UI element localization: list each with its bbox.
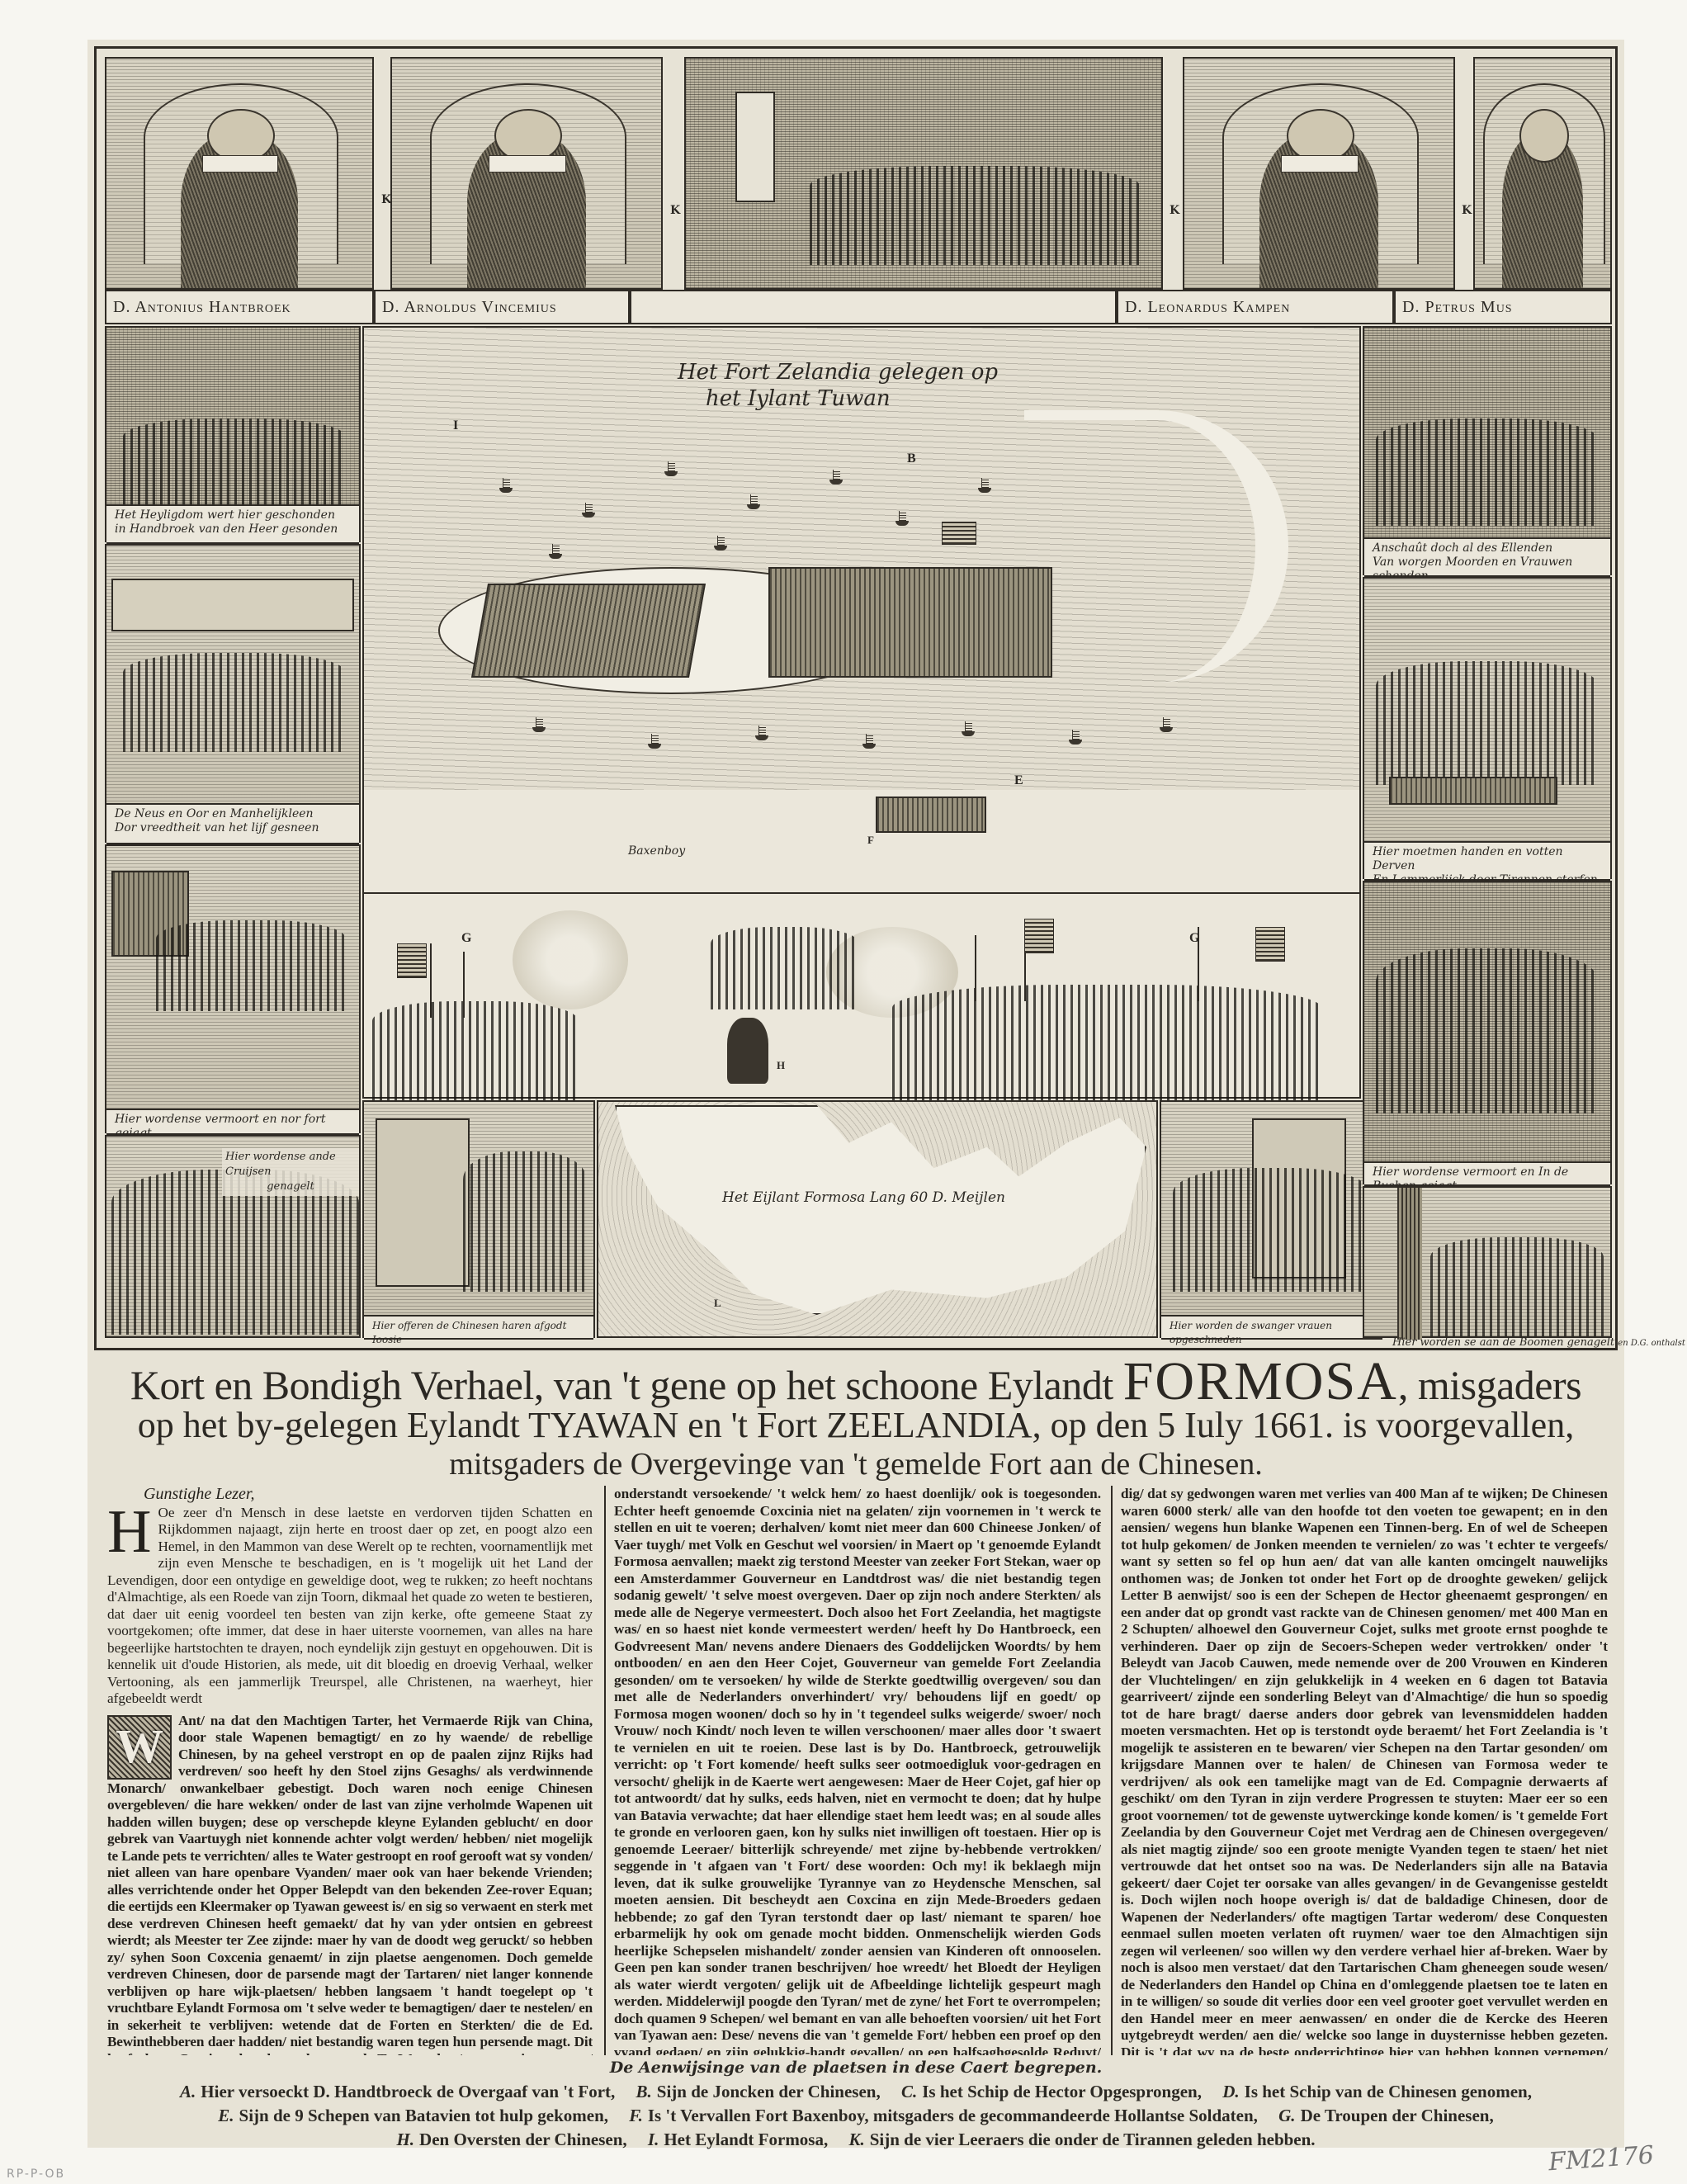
left-panel-3-caption: Hier wordense vermoort en nor fort geiag… — [106, 1109, 359, 1135]
ship — [496, 476, 514, 493]
ship — [826, 468, 844, 485]
right-panel-1-caption: Anschaût doch al des Ellenden Van worgen… — [1364, 537, 1610, 577]
battle-ground — [364, 790, 1359, 894]
ship — [892, 509, 910, 526]
namebar-blank — [630, 290, 1117, 324]
print-sheet: K K K K D. Antonius Hantbroek D. Arnoldu… — [87, 40, 1624, 2148]
house-panel: Hier worden de swanger vrauen opgeschned… — [1160, 1100, 1384, 1338]
legend-item-i: I.Het Eylandt Formosa, — [648, 2130, 828, 2149]
fort-flag — [942, 522, 976, 545]
left-panel-2-caption: De Neus en Oor en Manhelijkleen Dor vree… — [106, 803, 359, 844]
doorway — [735, 92, 775, 202]
formosa-island-map: Het Eijlant Formosa Lang 60 D. Meijlen L — [597, 1100, 1158, 1338]
portrait-panel-2 — [390, 57, 663, 290]
legend-item-h: H.Den Oversten der Chinesen, — [396, 2130, 626, 2149]
town-blocks — [471, 584, 706, 678]
left-panel-1: Het Heyligdom wert hier geschonden in Ha… — [105, 326, 361, 542]
greeting: Gunstighe Lezer, — [107, 1486, 593, 1503]
left-panel-1-caption: Het Heyligdom wert hier geschonden in Ha… — [106, 504, 359, 544]
ship — [661, 460, 679, 476]
chinese-troops-left — [372, 1001, 579, 1100]
letter-b: B — [907, 451, 916, 466]
text-column-2: onderstandt versoekende/ 't welck hem/ z… — [614, 1486, 1101, 2055]
portrait-name-1: D. Antonius Hantbroek — [105, 290, 374, 324]
left-panel-4: Hier wordense ande Cruijsen genagelt — [105, 1135, 361, 1338]
headline-formosa: FORMOSA — [1123, 1351, 1398, 1411]
main-paragraph: WAnt/ na dat den Machtigen Tarter, het V… — [107, 1709, 593, 2056]
dutch-soldiers — [711, 927, 859, 1009]
engraved-plate: K K K K D. Antonius Hantbroek D. Arnoldu… — [94, 46, 1618, 1350]
left-panel-4-text: Hier wordense ande Cruijsen genagelt — [222, 1148, 359, 1196]
ship — [859, 732, 877, 749]
portrait-name-3: D. Leonardus Kampen — [1117, 290, 1394, 324]
minister-head — [1519, 109, 1569, 163]
sandbar-curve — [1024, 410, 1288, 683]
flag — [397, 943, 427, 978]
ornamental-initial-w: W — [107, 1715, 172, 1780]
commander-on-horse — [727, 1018, 768, 1084]
right-panel-2: Hier moetmen handen en votten Derven En … — [1363, 577, 1612, 879]
right-panel-1: Anschaût doch al des Ellenden Van worgen… — [1363, 326, 1612, 575]
house-caption: Hier worden de swanger vrauen opgeschned… — [1161, 1315, 1382, 1340]
legend-item-c: C.Is het Schip de Hector Opgesprongen, — [901, 2082, 1202, 2101]
legend-item-k: K.Sijn de vier Leeraers die onder de Tir… — [848, 2130, 1315, 2149]
island-map-title: Het Eijlant Formosa Lang 60 D. Meijlen — [722, 1189, 1005, 1206]
letter-g: G — [1189, 931, 1199, 946]
houses — [111, 579, 354, 631]
left-panel-3: Hier wordense vermoort en nor fort geiag… — [105, 844, 361, 1133]
right-panel-4 — [1363, 1186, 1612, 1338]
letter-e: E — [1014, 773, 1023, 788]
ship — [958, 720, 976, 736]
drop-cap-h: H — [107, 1506, 151, 1558]
ship — [1066, 728, 1084, 745]
island-shape — [615, 1105, 1146, 1315]
text-column-3: dig/ dat sy gedwongen waren met verlies … — [1121, 1486, 1608, 2055]
letter-f: F — [867, 834, 874, 847]
ship — [1156, 716, 1174, 732]
collection-mark: FM2176 — [1548, 2141, 1655, 2177]
k-marker: K — [670, 204, 680, 217]
legend-item-e: E.Sijn de 9 Schepen van Batavien tot hul… — [218, 2106, 608, 2125]
inventory-mark: RP-P-OB — [7, 2167, 65, 2181]
legend-item-f: F.Is 't Vervallen Fort Baxenboy, mitsgad… — [629, 2106, 1258, 2125]
council-scene — [684, 57, 1163, 290]
letter-l: L — [714, 1297, 721, 1310]
temple-panel: Hier offeren de Chinesen haren afgodt Io… — [362, 1100, 595, 1338]
portrait-panel-4 — [1473, 57, 1612, 290]
legend-item-g: G.De Troupen der Chinesen, — [1278, 2106, 1494, 2125]
ship — [975, 476, 993, 493]
place-label-baxenboy: Baxenboy — [628, 844, 685, 858]
letter-i: I — [453, 418, 458, 433]
letter-h: H — [777, 1059, 785, 1072]
ship — [752, 724, 770, 740]
legend-line-2: E.Sijn de 9 Schepen van Batavien tot hul… — [87, 2106, 1624, 2126]
column-rule — [604, 1486, 606, 2055]
column-rule — [1111, 1486, 1113, 2055]
table — [1389, 777, 1557, 805]
ship — [579, 501, 597, 518]
right-panel-3-caption: Hier wordense vermoort en In de Bushen g… — [1364, 1161, 1610, 1186]
gathered-men — [810, 166, 1140, 265]
battle-scene: G G H — [362, 892, 1361, 1099]
fort-zeelandia — [768, 567, 1052, 678]
letter-g: G — [461, 931, 471, 946]
flag — [1024, 919, 1054, 953]
portrait-panel-1 — [105, 57, 374, 290]
headline-line-3: mitsgaders de Overgevinge van 't gemelde… — [87, 1446, 1624, 1482]
legend-item-b: B.Sijn de Joncken der Chinesen, — [636, 2082, 881, 2101]
intro-paragraph: HOe zeer d'n Mensch in dese laetste en v… — [107, 1505, 593, 1708]
right-panel-4-caption: Hier worden se aan de Boomen genagelt en… — [1392, 1336, 1685, 1349]
text-column-1: Gunstighe Lezer, HOe zeer d'n Mensch in … — [107, 1486, 593, 2055]
right-panel-2-caption: Hier moetmen handen en votten Derven En … — [1364, 841, 1610, 881]
legend-item-d: D.Is het Schip van de Chinesen genomen, — [1222, 2082, 1532, 2101]
legend-line-1: A.Hier versoeckt D. Handtbroeck de Overg… — [87, 2082, 1624, 2102]
map-title: Het Fort Zelandia gelegen op het Iylant … — [678, 359, 998, 412]
portrait-name-4: D. Petrus Mus — [1394, 290, 1612, 324]
legend-title: De Aenwijsinge van de plaetsen in dese C… — [87, 2059, 1624, 2077]
legend-line-3: H.Den Oversten der Chinesen, I.Het Eylan… — [87, 2130, 1624, 2150]
k-marker: K — [1170, 204, 1179, 217]
portrait-name-2: D. Arnoldus Vincemius — [374, 290, 630, 324]
headline-line-1: Kort en Bondigh Verhael, van 't gene op … — [87, 1359, 1624, 1408]
central-map: Het Fort Zelandia gelegen op het Iylant … — [362, 326, 1361, 892]
k-marker: K — [1462, 204, 1472, 217]
flag — [1255, 927, 1285, 962]
tree — [1397, 1188, 1422, 1340]
portrait-panel-3 — [1183, 57, 1455, 290]
chinese-troops-right — [892, 985, 1321, 1100]
fort-baxenboy — [876, 797, 986, 833]
temple-caption: Hier offeren de Chinesen haren afgodt Io… — [364, 1315, 593, 1340]
ship — [645, 732, 663, 749]
legend-item-a: A.Hier versoeckt D. Handtbroeck de Overg… — [180, 2082, 615, 2101]
right-panel-3: Hier wordense vermoort en In de Bushen g… — [1363, 881, 1612, 1184]
altar — [376, 1118, 470, 1287]
ship — [529, 716, 547, 732]
headline-line-2: op het by-gelegen Eylandt TYAWAN en 't F… — [87, 1405, 1624, 1446]
ship — [744, 493, 762, 509]
ship — [711, 534, 729, 551]
left-panel-2: De Neus en Oor en Manhelijkleen Dor vree… — [105, 544, 361, 843]
ship — [546, 542, 564, 559]
